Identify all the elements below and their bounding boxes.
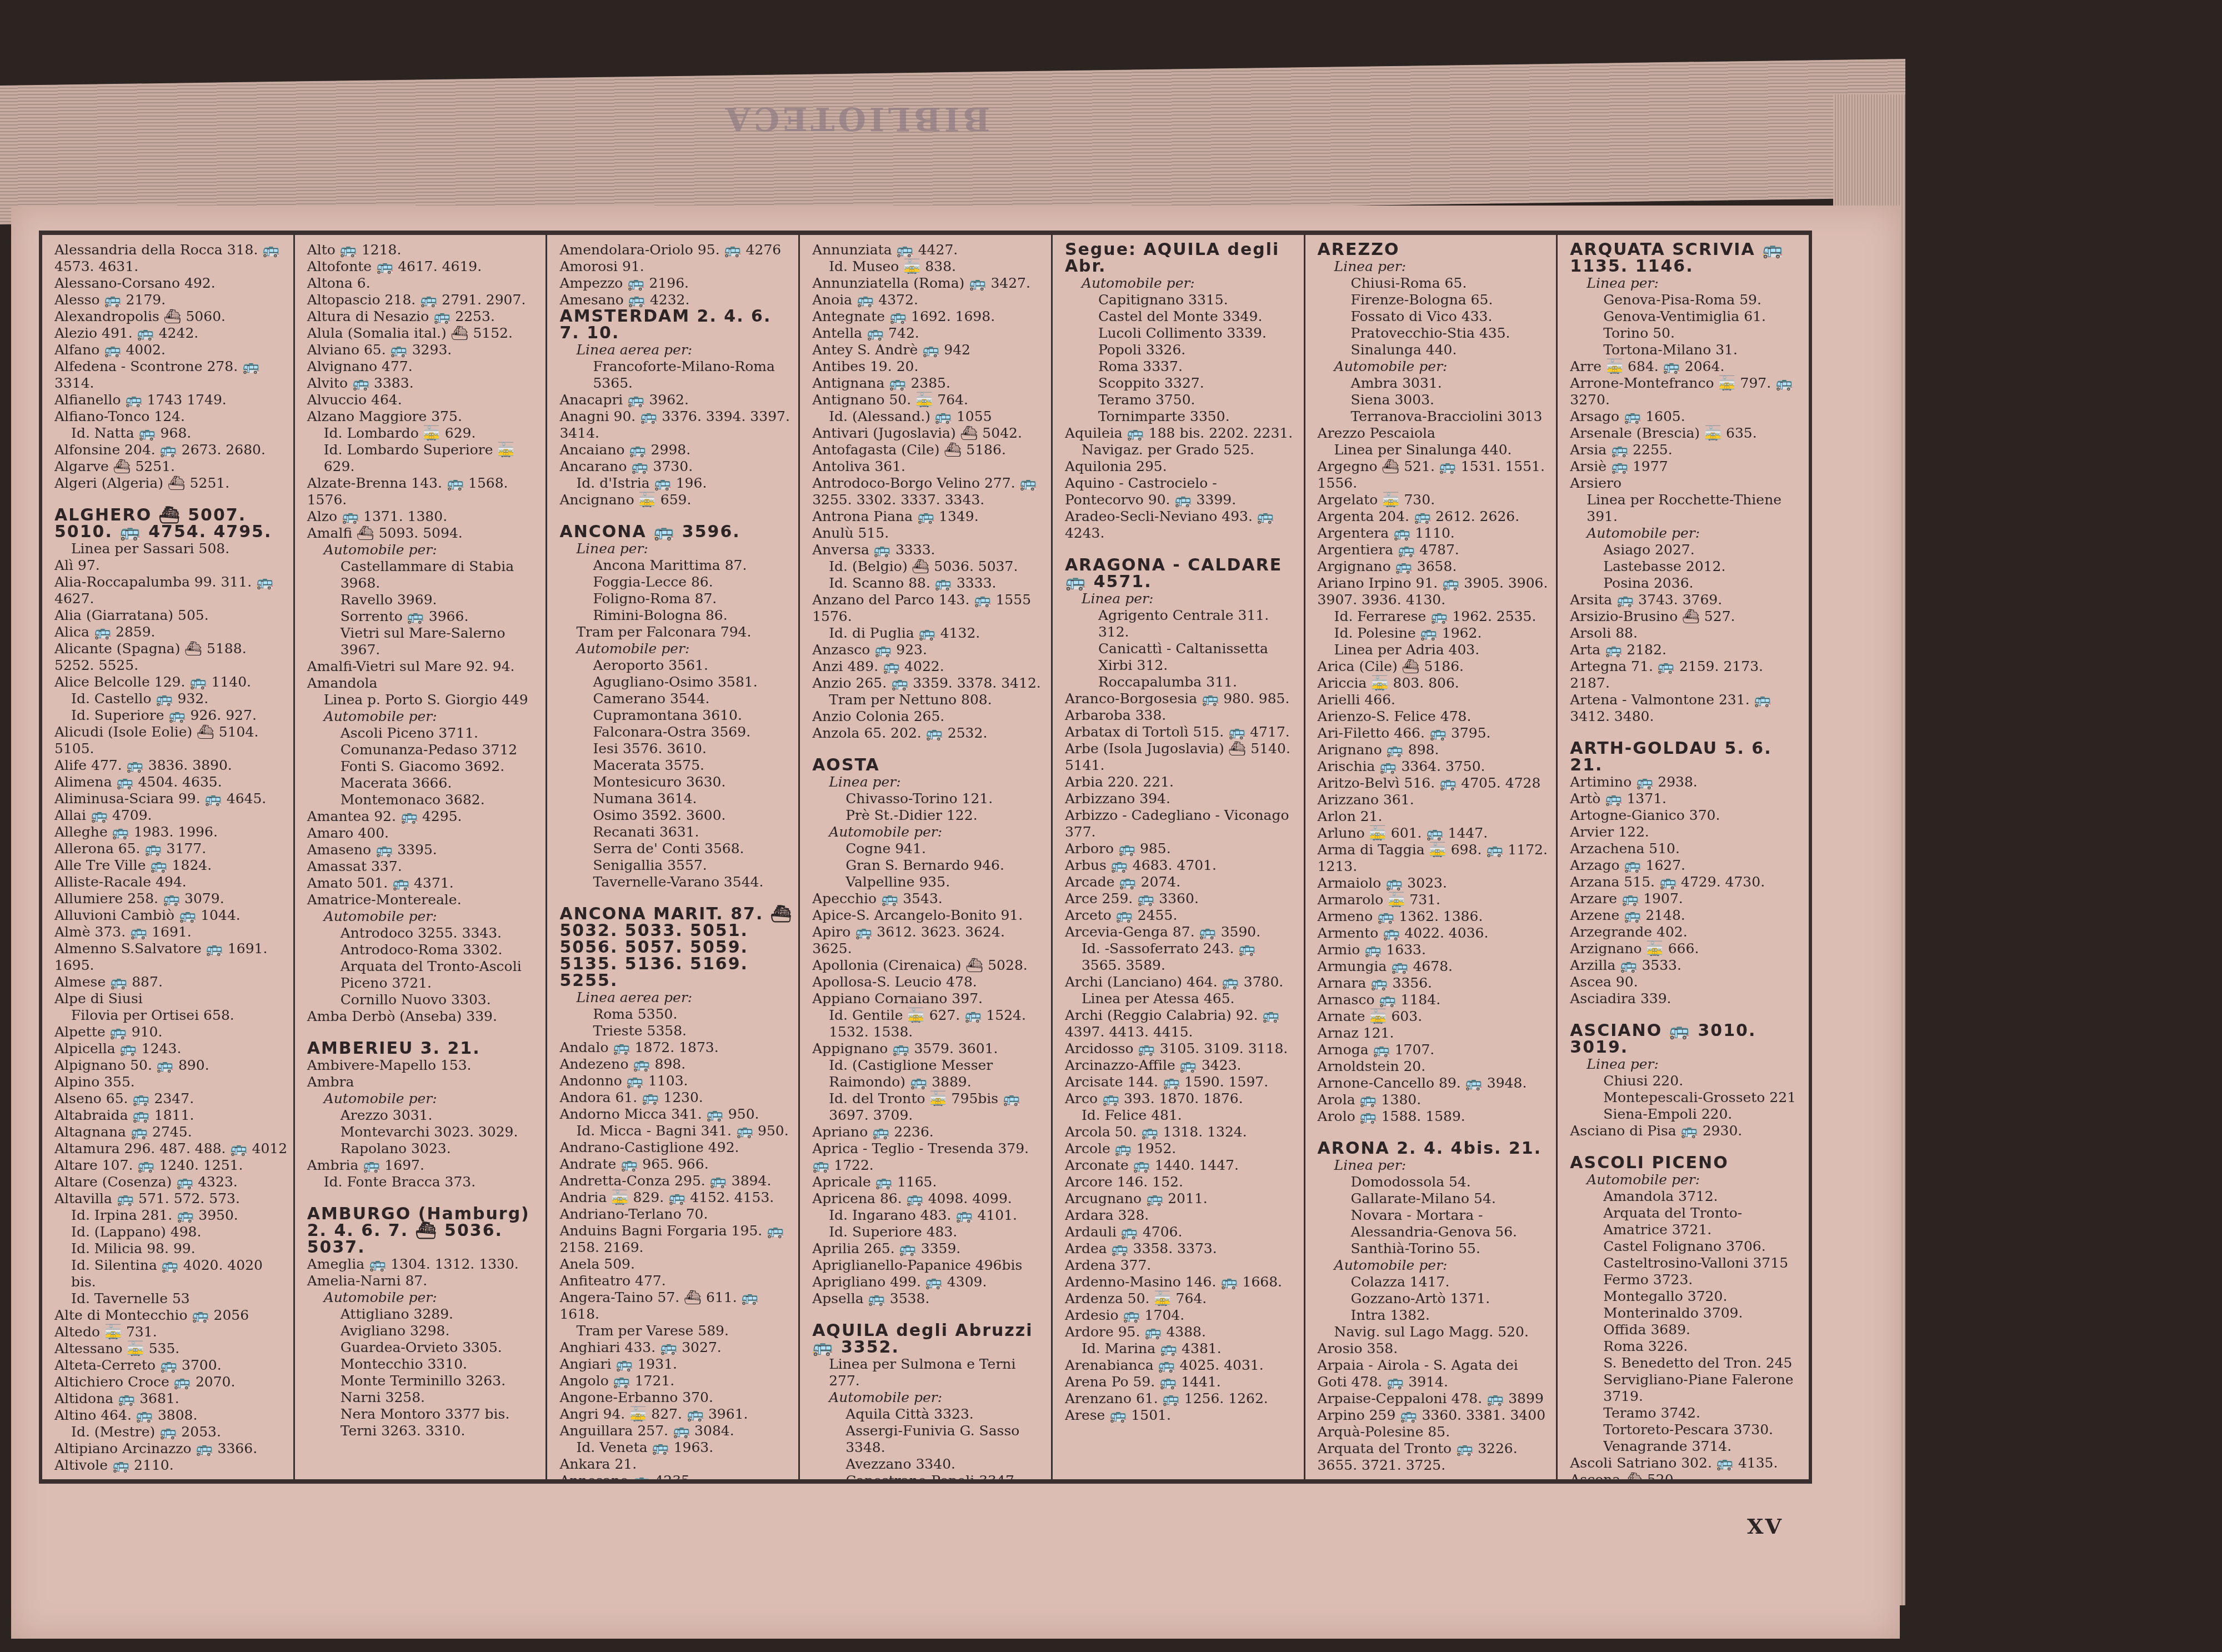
index-entry: Arnate 🚋 603. (1318, 1008, 1551, 1025)
index-entry: Ardena 377. (1065, 1257, 1298, 1274)
index-entry: Artimino 🚌 2938. (1570, 774, 1803, 790)
index-entry: Arlon 21. (1318, 808, 1551, 825)
index-entry: Alpe di Siusi (54, 990, 288, 1007)
index-columns: Alessandria della Rocca 318. 🚌 4573. 463… (42, 235, 1809, 1479)
index-entry: Arcisate 144. 🚌 1590. 1597. (1065, 1074, 1298, 1090)
index-entry: Roma 3226. (1570, 1338, 1803, 1355)
index-entry: Arnaz 121. (1318, 1025, 1551, 1042)
index-entry: Apiro 🚌 3612. 3623. 3624. 3625. (812, 924, 1045, 957)
index-entry: Iesi 3576. 3610. (559, 740, 793, 757)
index-entry: Arzene 🚌 2148. (1570, 907, 1803, 924)
index-entry: Cogne 941. (812, 840, 1045, 857)
section-heading: AOSTA (812, 757, 1045, 774)
index-entry: Annunziatella (Roma) 🚌 3427. (812, 275, 1045, 292)
index-entry: Asciadira 339. (1570, 990, 1803, 1007)
index-entry: Altabraida 🚌 1811. (54, 1107, 288, 1124)
index-entry: Alteta-Cerreto 🚌 3700. (54, 1357, 288, 1374)
index-entry: Arielli 466. (1318, 692, 1551, 708)
index-entry: Automobile per: (1318, 358, 1551, 375)
index-entry: Osimo 3592. 3600. (559, 807, 793, 824)
index-entry: Argentiera 🚌 4787. (1318, 542, 1551, 558)
index-entry: Alvuccio 464. (307, 392, 541, 408)
index-entry: Ascona ⛴ 520. (1570, 1471, 1803, 1479)
index-entry: Alzate-Brenna 143. 🚌 1568. 1576. (307, 475, 541, 508)
index-entry: Angone-Erbanno 370. (559, 1389, 793, 1406)
index-entry: Teramo 3750. (1065, 392, 1298, 408)
index-entry: Canicattì - Caltanissetta Xirbi 312. (1065, 640, 1298, 674)
index-entry: Chivasso-Torino 121. (812, 790, 1045, 807)
index-entry: Antoliva 361. (812, 458, 1045, 475)
index-entry: Aliminusa-Sciara 99. 🚌 4645. (54, 790, 288, 807)
index-entry: Automobile per: (1318, 1257, 1551, 1274)
index-entry: Antrodoco-Roma 3302. (307, 942, 541, 958)
section-heading: AREZZO (1318, 242, 1551, 258)
index-entry: Arsoli 88. (1570, 625, 1803, 642)
index-entry: Id. (Castiglione Messer Raimondo) 🚌 3889… (812, 1057, 1045, 1090)
index-entry: Apollonia (Cirenaica) ⛴ 5028. (812, 957, 1045, 974)
index-entry: Arboro 🚌 985. (1065, 840, 1298, 857)
index-entry: Alzano Maggiore 375. (307, 408, 541, 425)
index-entry: Casteltrosino-Valloni 3715 (1570, 1255, 1803, 1271)
index-entry: Arenabianca 🚌 4025. 4031. (1065, 1357, 1298, 1374)
index-entry: Id. Ferrarese 🚌 1962. 2535. (1318, 608, 1551, 625)
index-entry: Argelato 🚋 730. (1318, 492, 1551, 508)
index-entry: Siena-Empoli 220. (1570, 1106, 1803, 1123)
index-entry: Amaro 400. (307, 825, 541, 842)
index-entry: Ariccia 🚋 803. 806. (1318, 675, 1551, 692)
index-entry: Arbizzano 394. (1065, 790, 1298, 807)
index-entry: Roma 3337. (1065, 358, 1298, 375)
index-entry: Antella 🚌 742. (812, 325, 1045, 342)
index-entry: Amandola (307, 675, 541, 692)
index-entry: Arco 🚌 393. 1870. 1876. (1065, 1090, 1298, 1107)
index-entry: Siena 3003. (1318, 392, 1551, 408)
index-entry: Serra de' Conti 3568. (559, 840, 793, 857)
index-entry: Vietri sul Mare-Salerno 3967. (307, 625, 541, 658)
index-entry: Arpaise-Ceppaloni 478. 🚌 3899 (1318, 1390, 1551, 1407)
index-entry: Altona 6. (307, 275, 541, 292)
index-entry: Artegna 71. 🚌 2159. 2173. 2187. (1570, 658, 1803, 692)
index-entry: Id. Milicia 98. 99. (54, 1240, 288, 1257)
index-entry: Aeroporto 3561. (559, 657, 793, 674)
index-entry: Arnone-Cancello 89. 🚌 3948. (1318, 1075, 1551, 1092)
index-entry: Foggia-Lecce 86. (559, 574, 793, 590)
index-entry: Argentera 🚌 1110. (1318, 525, 1551, 542)
index-entry: Lucoli Collimento 3339. (1065, 325, 1298, 342)
index-entry: Arenzano 61. 🚌 1256. 1262. (1065, 1390, 1298, 1407)
index-entry: Arola 🚌 1380. (1318, 1092, 1551, 1108)
index-entry: Arce 259. 🚌 3360. (1065, 890, 1298, 907)
index-entry: Alfonsine 204. 🚌 2673. 2680. (54, 442, 288, 458)
index-entry: Trieste 5358. (559, 1023, 793, 1039)
index-entry: Ardenza 50. 🚋 764. (1065, 1290, 1298, 1307)
index-entry: Nera Montoro 3377 bis. (307, 1406, 541, 1423)
index-entry: Ambra 3031. (1318, 375, 1551, 392)
index-entry: Linea per Adria 403. (1318, 642, 1551, 658)
index-entry: Alfano 🚌 4002. (54, 342, 288, 358)
index-entry: Sorrento 🚌 3966. (307, 608, 541, 625)
index-entry: Alica 🚌 2859. (54, 624, 288, 640)
index-entry: Aranco-Borgosesia 🚌 980. 985. (1065, 690, 1298, 707)
index-entry: Automobile per: (1570, 525, 1803, 542)
index-entry: Lastebasse 2012. (1570, 558, 1803, 575)
index-entry: Ardauli 🚌 4706. (1065, 1224, 1298, 1240)
index-entry: Id. Polesine 🚌 1962. (1318, 625, 1551, 642)
index-entry: Amaseno 🚌 3395. (307, 842, 541, 858)
index-entry: Alpette 🚌 910. (54, 1024, 288, 1040)
index-entry: Arcugnano 🚌 2011. (1065, 1190, 1298, 1207)
index-entry: Chiusi-Roma 65. (1318, 275, 1551, 292)
index-entry: Amato 501. 🚌 4371. (307, 875, 541, 892)
index-entry: Torino 50. (1570, 325, 1803, 342)
index-column-7: ARQUATA SCRIVIA 🚌 1135. 1146.Linea per:G… (1558, 235, 1809, 1479)
index-entry: Andrate 🚌 965. 966. (559, 1156, 793, 1173)
index-entry: Castellammare di Stabia 3968. (307, 558, 541, 592)
index-entry: Alseno 65. 🚌 2347. (54, 1090, 288, 1107)
section-heading: ARONA 2. 4. 4bis. 21. (1318, 1140, 1551, 1157)
index-entry: Altofonte 🚌 4617. 4619. (307, 258, 541, 275)
index-entry: Andonno 🚌 1103. (559, 1073, 793, 1089)
index-entry: Arcevia-Genga 87. 🚌 3590. (1065, 924, 1298, 940)
index-entry: Arceto 🚌 2455. (1065, 907, 1298, 924)
index-entry: Anzasco 🚌 923. (812, 642, 1045, 658)
index-entry: Ameglia 🚌 1304. 1312. 1330. (307, 1256, 541, 1273)
index-entry: Id. Castello 🚌 932. (54, 690, 288, 707)
index-entry: Altamura 296. 487. 488. 🚌 4012 (54, 1140, 288, 1157)
index-entry: Id. Marina 🚌 4381. (1065, 1340, 1298, 1357)
index-entry: Guardea-Orvieto 3305. (307, 1339, 541, 1356)
index-entry: Alpignano 50. 🚌 890. (54, 1057, 288, 1074)
index-entry: Scoppito 3327. (1065, 375, 1298, 392)
index-entry: Arzignano 🚋 666. (1570, 940, 1803, 957)
index-entry: Arzilla 🚌 3533. (1570, 957, 1803, 974)
index-entry: Ancarano 🚌 3730. (559, 458, 793, 475)
index-entry: Linea per Rocchette-Thiene 391. (1570, 492, 1803, 525)
index-entry: Andora 61. 🚌 1230. (559, 1089, 793, 1106)
index-entry: Arvier 122. (1570, 824, 1803, 840)
index-entry: Alesso 🚌 2179. (54, 292, 288, 308)
index-entry: Armio 🚌 1633. (1318, 942, 1551, 958)
index-entry: Alzo 🚌 1371. 1380. (307, 508, 541, 525)
index-entry: Gallarate-Milano 54. (1318, 1190, 1551, 1207)
index-entry: Anoia 🚌 4372. (812, 292, 1045, 308)
index-entry: Anfiteatro 477. (559, 1273, 793, 1289)
index-entry: Linea aerea per: (559, 342, 793, 358)
index-entry: Aprilia 265. 🚌 3359. (812, 1240, 1045, 1257)
index-entry: Recanati 3631. (559, 824, 793, 840)
index-entry: Filovia per Ortisei 658. (54, 1007, 288, 1024)
index-entry: Alicudi (Isole Eolie) ⛴ 5104. 5105. (54, 724, 288, 757)
index-entry: Anguillara 257. 🚌 3084. (559, 1423, 793, 1439)
index-entry: Teramo 3742. (1570, 1405, 1803, 1421)
index-entry: Sinalunga 440. (1318, 342, 1551, 358)
index-entry: Altare (Cosenza) 🚌 4323. (54, 1174, 288, 1190)
index-entry: Prè St.-Didier 122. (812, 807, 1045, 824)
index-entry: Arquata del Tronto-Amatrice 3721. (1570, 1205, 1803, 1238)
index-entry: Almese 🚌 887. (54, 974, 288, 990)
index-entry: Navig. sul Lago Magg. 520. (1318, 1324, 1551, 1340)
index-entry: Aquila Città 3323. (812, 1406, 1045, 1423)
index-entry: Id. Superiore 483. (812, 1224, 1045, 1240)
index-column-4: Annunziata 🚌 4427.Id. Museo 🚋 838.Annunz… (800, 235, 1053, 1479)
index-entry: Amassat 337. (307, 858, 541, 875)
index-entry: Apecchio 🚌 3543. (812, 890, 1045, 907)
index-entry: Linea per: (1318, 1157, 1551, 1174)
index-entry: Annunziata 🚌 4427. (812, 242, 1045, 258)
index-entry: Armungia 🚌 4678. (1318, 958, 1551, 975)
index-entry: Angolo 🚌 1721. (559, 1373, 793, 1389)
index-entry: Antofagasta (Cile) ⛴ 5186. (812, 442, 1045, 458)
index-entry: Montemonaco 3682. (307, 792, 541, 808)
index-frame: Alessandria della Rocca 318. 🚌 4573. 463… (39, 231, 1812, 1484)
index-entry: Arma di Taggia 🚋 698. 🚌 1172. 1213. (1318, 842, 1551, 875)
index-entry: Anzi 489. 🚌 4022. (812, 658, 1045, 675)
index-entry: Linea per: (1570, 275, 1803, 292)
section-heading: ARTH-GOLDAU 5. 6. 21. (1570, 740, 1803, 774)
index-entry: Amalfi ⛴ 5093. 5094. (307, 525, 541, 542)
index-entry: Linea p. Porto S. Giorgio 449 (307, 692, 541, 708)
index-entry: Macerata 3575. (559, 757, 793, 774)
index-entry: Alleghe 🚌 1983. 1996. (54, 824, 288, 840)
index-entry: Anghiari 433. 🚌 3027. (559, 1339, 793, 1356)
index-entry: Id. (Alessand.) 🚌 1055 (812, 408, 1045, 425)
index-entry: Senigallia 3557. (559, 857, 793, 874)
index-entry: Comunanza-Pedaso 3712 (307, 742, 541, 758)
index-entry: Assergi-Funivia G. Sasso 3348. (812, 1423, 1045, 1456)
index-entry: Id. d'Istria 🚌 196. (559, 475, 793, 492)
index-entry: Intra 1382. (1318, 1307, 1551, 1324)
index-entry: Altipiano Arcinazzo 🚌 3366. (54, 1440, 288, 1457)
index-entry: Falconara-Ostra 3569. (559, 724, 793, 740)
index-entry: Andriano-Terlano 70. (559, 1206, 793, 1223)
index-entry: Ascea 90. (1570, 974, 1803, 990)
index-entry: Montegallo 3720. (1570, 1288, 1803, 1305)
index-entry: Cornillo Nuovo 3303. (307, 992, 541, 1008)
index-entry: Altura di Nesazio 🚌 2253. (307, 308, 541, 325)
index-entry: Angiari 🚌 1931. (559, 1356, 793, 1373)
index-entry: Linea per: (812, 774, 1045, 790)
index-entry: Arquà-Polesine 85. (1318, 1424, 1551, 1440)
index-entry: Asciano di Pisa 🚌 2930. (1570, 1123, 1803, 1139)
index-entry: Aradeo-Secli-Neviano 493. 🚌 4243. (1065, 508, 1298, 542)
index-entry: Artò 🚌 1371. (1570, 790, 1803, 807)
index-entry: Apriano 🚌 2236. (812, 1124, 1045, 1140)
index-entry: Andalo 🚌 1872. 1873. (559, 1039, 793, 1056)
section-heading: ANCONA 🚌 3596. (559, 524, 793, 540)
index-entry: Alimena 🚌 4504. 4635. (54, 774, 288, 790)
index-entry: Macerata 3666. (307, 775, 541, 792)
index-entry: Alte di Montecchio 🚌 2056 (54, 1307, 288, 1324)
index-entry: Arzachena 510. (1570, 840, 1803, 857)
index-entry: Arischia 🚌 3364. 3750. (1318, 758, 1551, 775)
index-entry: Arezzo Pescaiola (1318, 425, 1551, 442)
index-entry: Argegno ⛴ 521. 🚌 1531. 1551. 1556. (1318, 458, 1551, 492)
index-entry: Monte Terminillo 3263. (307, 1373, 541, 1389)
index-entry: Ardara 328. (1065, 1207, 1298, 1224)
index-entry: Alle Tre Ville 🚌 1824. (54, 857, 288, 874)
index-entry: Arsia 🚌 2255. (1570, 442, 1803, 458)
index-entry: Arizzano 361. (1318, 792, 1551, 808)
index-entry: Arconate 🚌 1440. 1447. (1065, 1157, 1298, 1174)
index-entry: Apice-S. Arcangelo-Bonito 91. (812, 907, 1045, 924)
index-entry: Altavilla 🚌 571. 572. 573. (54, 1190, 288, 1207)
index-entry: Amantea 92. 🚌 4295. (307, 808, 541, 825)
index-entry: Altino 464. 🚌 3808. (54, 1407, 288, 1424)
index-entry: Altessano 🚋 535. (54, 1340, 288, 1357)
index-entry: Altichiero Croce 🚌 2070. (54, 1374, 288, 1390)
index-entry: Avezzano 3340. (812, 1456, 1045, 1473)
index-entry: Andorno Micca 341. 🚌 950. (559, 1106, 793, 1123)
index-entry: Anagni 90. 🚌 3376. 3394. 3397. 3414. (559, 408, 793, 442)
index-entry: Pratovecchio-Stia 435. (1318, 325, 1551, 342)
index-entry: Ambria 🚌 1697. (307, 1157, 541, 1174)
index-entry: Genova-Pisa-Roma 59. (1570, 292, 1803, 308)
index-entry: Arienzo-S. Felice 478. (1318, 708, 1551, 725)
index-entry: Genova-Ventimiglia 61. (1570, 308, 1803, 325)
index-entry: Alpino 355. (54, 1074, 288, 1090)
index-entry: Arezzo 3031. (307, 1107, 541, 1124)
section-heading: ANCONA MARIT. 87. ⛴ 5032. 5033. 5051. 50… (559, 906, 793, 989)
section-heading: AMBURGO (Hamburg) 2. 4. 6. 7. ⛴ 5036. 50… (307, 1206, 541, 1256)
index-entry: Tram per Falconara 794. (559, 624, 793, 640)
index-entry: Aquino - Castrocielo - Pontecorvo 90. 🚌 … (1065, 475, 1298, 508)
index-entry: Linea per Sassari 508. (54, 540, 288, 557)
index-entry: Automobile per: (307, 1289, 541, 1306)
index-entry: Id. Museo 🚋 838. (812, 258, 1045, 275)
index-entry: Arzago 🚌 1627. (1570, 857, 1803, 874)
index-entry: Id. Micca - Bagni 341. 🚌 950. (559, 1123, 793, 1139)
library-stamp: BIBLIOTECA (722, 100, 990, 138)
index-entry: Anzio Colonia 265. (812, 708, 1045, 725)
index-column-1: Alessandria della Rocca 318. 🚌 4573. 463… (42, 235, 295, 1479)
index-entry: Almenno S.Salvatore 🚌 1691. 1695. (54, 940, 288, 974)
index-entry: Alessano-Corsano 492. (54, 275, 288, 292)
index-entry: Arsizio-Brusino ⛴ 527. (1570, 608, 1803, 625)
index-entry: Linea per: (1570, 1056, 1803, 1073)
index-entry: Arcore 146. 152. (1065, 1174, 1298, 1190)
index-entry: Terranova-Bracciolini 3013 (1318, 408, 1551, 425)
index-entry: Anacapri 🚌 3962. (559, 392, 793, 408)
index-entry: Ardea 🚌 3358. 3373. (1065, 1240, 1298, 1257)
index-entry: Tortona-Milano 31. (1570, 342, 1803, 358)
index-entry: Ancona Marittima 87. (559, 557, 793, 574)
index-entry: Arrone-Montefranco 🚋 797. 🚌 3270. (1570, 375, 1803, 408)
index-entry: Arcinazzo-Affile 🚌 3423. (1065, 1057, 1298, 1074)
index-entry: Linea per Atessa 465. (1065, 990, 1298, 1007)
index-entry: Arnara 🚌 3356. (1318, 975, 1551, 992)
index-entry: Alia-Roccapalumba 99. 311. 🚌 4627. (54, 574, 288, 607)
index-entry: Automobile per: (559, 640, 793, 657)
index-entry: Venagrande 3714. (1570, 1438, 1803, 1455)
index-entry: Linea aerea per: (559, 989, 793, 1006)
index-entry: Alessandria della Rocca 318. 🚌 4573. 463… (54, 242, 288, 275)
index-entry: Alia (Giarratana) 505. (54, 607, 288, 624)
index-entry: Amendolara-Oriolo 95. 🚌 4276 (559, 242, 793, 258)
index-entry: Apriglianello-Papanice 496bis (812, 1257, 1045, 1274)
index-entry: Altagnana 🚌 2745. (54, 1124, 288, 1140)
index-entry: Castel del Monte 3349. (1065, 308, 1298, 325)
index-entry: Archi (Reggio Calabria) 92. 🚌 4397. 4413… (1065, 1007, 1298, 1040)
index-entry: Altopascio 218. 🚌 2791. 2907. (307, 292, 541, 308)
index-entry: Arbus 🚌 4683. 4701. (1065, 857, 1298, 874)
index-entry: Id. (Lappano) 498. (54, 1224, 288, 1240)
index-entry: Arolo 🚌 1588. 1589. (1318, 1108, 1551, 1125)
index-entry: Avigliano 3298. (307, 1323, 541, 1339)
index-entry: Ardore 95. 🚌 4388. (1065, 1324, 1298, 1340)
index-entry: Capitignano 3315. (1065, 292, 1298, 308)
index-entry: Ari-Filetto 466. 🚌 3795. (1318, 725, 1551, 742)
index-entry: Arzana 515. 🚌 4729. 4730. (1570, 874, 1803, 890)
index-entry: Fossato di Vico 433. (1318, 308, 1551, 325)
index-entry: Offida 3689. (1570, 1321, 1803, 1338)
index-entry: Ampezzo 🚌 2196. (559, 275, 793, 292)
index-entry: Id. Scanno 88. 🚌 3333. (812, 575, 1045, 592)
index-entry: Id. Ingarano 483. 🚌 4101. (812, 1207, 1045, 1224)
index-entry: Ardesio 🚌 1704. (1065, 1307, 1298, 1324)
index-entry: Antignana 🚌 2385. (812, 375, 1045, 392)
index-entry: Apsella 🚌 3538. (812, 1290, 1045, 1307)
index-entry: Annesano 🚌 4235. (559, 1473, 793, 1479)
index-entry: Fermo 3723. (1570, 1271, 1803, 1288)
index-entry: Arcidosso 🚌 3105. 3109. 3118. (1065, 1040, 1298, 1057)
index-entry: Aritzo-Belvì 516. 🚌 4705. 4728 (1318, 775, 1551, 792)
index-entry: Alvignano 477. (307, 358, 541, 375)
index-entry: Numana 3614. (559, 790, 793, 807)
index-entry: Id. del Tronto 🚋 795bis 🚌 3697. 3709. (812, 1090, 1045, 1124)
index-entry: Arcola 50. 🚌 1318. 1324. (1065, 1124, 1298, 1140)
index-entry: Ambivere-Mapello 153. (307, 1057, 541, 1074)
index-entry: Camerano 3544. (559, 690, 793, 707)
index-entry: Gran S. Bernardo 946. (812, 857, 1045, 874)
index-entry: Alluvioni Cambiò 🚌 1044. (54, 907, 288, 924)
index-entry: Attigliano 3289. (307, 1306, 541, 1323)
index-entry: Alì 97. (54, 557, 288, 574)
index-entry: Andezeno 🚌 898. (559, 1056, 793, 1073)
index-entry: Alfianello 🚌 1743 1749. (54, 392, 288, 408)
index-entry: Id. Natta 🚌 968. (54, 425, 288, 442)
index-entry: Ancignano 🚋 659. (559, 492, 793, 508)
index-entry: Appiano Cornaiano 397. (812, 990, 1045, 1007)
index-entry: Artogne-Gianico 370. (1570, 807, 1803, 824)
index-entry: Arbizzo - Cadegliano - Viconago 377. (1065, 807, 1298, 840)
index-entry: Alfiano-Tonco 124. (54, 408, 288, 425)
index-entry: Ardenno-Masino 146. 🚌 1668. (1065, 1274, 1298, 1290)
index-entry: Arbe (Isola Jugoslavia) ⛴ 5140. 5141. (1065, 740, 1298, 774)
index-entry: Linea per: (1065, 590, 1298, 607)
index-entry: Arignano 🚌 898. (1318, 742, 1551, 758)
index-entry: Amandola 3712. (1570, 1188, 1803, 1205)
index-entry: Arnoga 🚌 1707. (1318, 1042, 1551, 1058)
index-entry: Anzano del Parco 143. 🚌 1555 1576. (812, 592, 1045, 625)
index-entry: Agugliano-Osimo 3581. (559, 674, 793, 690)
index-entry: Id. di Puglia 🚌 4132. (812, 625, 1045, 642)
section-heading: ARAGONA - CALDARE 🚌 4571. (1065, 557, 1298, 590)
index-entry: Agrigento Centrale 311. 312. (1065, 607, 1298, 640)
index-entry: Anzola 65. 202. 🚌 2532. (812, 725, 1045, 742)
index-entry: Francoforte-Milano-Roma 5365. (559, 358, 793, 392)
index-column-5: Segue: AQUILA degli Abr.Automobile per:C… (1053, 235, 1305, 1479)
index-entry: Arcole 🚌 1952. (1065, 1140, 1298, 1157)
index-entry: Appignano 🚌 3579. 3601. (812, 1040, 1045, 1057)
index-entry: Anela 509. (559, 1256, 793, 1273)
index-entry: Alezio 491. 🚌 4242. (54, 325, 288, 342)
index-entry: Automobile per: (1065, 275, 1298, 292)
index-entry: Automobile per: (307, 1090, 541, 1107)
index-entry: Antignano 50. 🚋 764. (812, 392, 1045, 408)
index-entry: Arosio 358. (1318, 1340, 1551, 1357)
index-entry: Id. Gentile 🚋 627. 🚌 1524. 1532. 1538. (812, 1007, 1045, 1040)
index-entry: Arbatax di Tortolì 515. 🚌 4717. (1065, 724, 1298, 740)
